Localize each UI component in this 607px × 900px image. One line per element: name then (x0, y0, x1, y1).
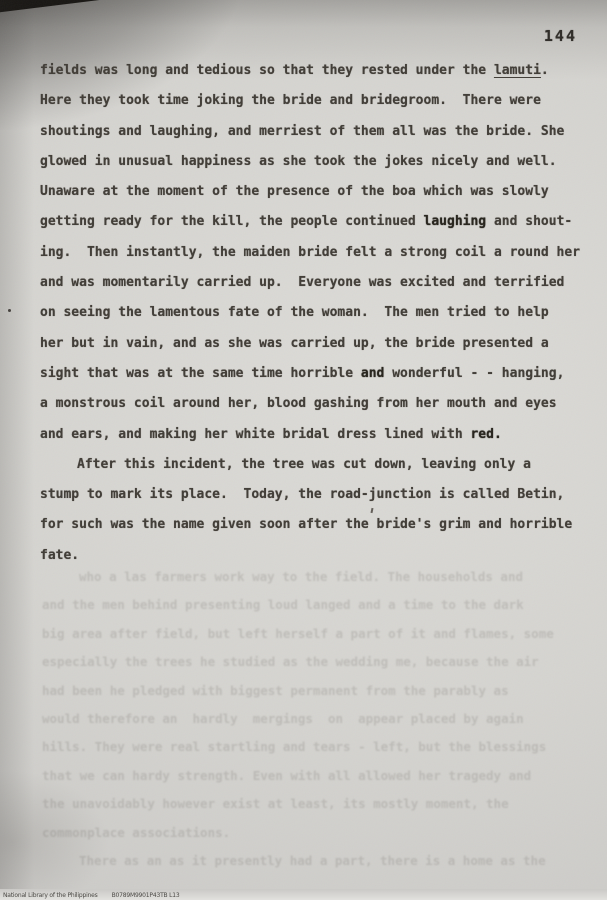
ghost-text-line: hills. They were real startling and tear… (42, 733, 592, 761)
text-line: After this incident, the tree was cut do… (40, 450, 596, 480)
ghost-text-line: commonplace associations. (42, 819, 592, 847)
text-line: Unaware at the moment of the presence of… (40, 177, 596, 207)
scanner-footer-strip: National Library of the Philippines B078… (0, 889, 607, 900)
ghost-text-line: big area after field, but left herself a… (42, 620, 592, 648)
text-line: fate. (40, 541, 596, 571)
text-line: and was momentarily carried up. Everyone… (40, 268, 596, 298)
ghost-text-line: especially the trees he studied as the w… (42, 648, 592, 676)
text-line: getting ready for the kill, the people c… (40, 207, 596, 237)
text-line: her but in vain, and as she was carried … (40, 329, 596, 359)
page-left-shadow (0, 0, 34, 900)
ghost-text-line: and the men behind presenting loud lange… (42, 591, 592, 619)
text-line: fields was long and tedious so that they… (40, 56, 596, 86)
ghost-text-line: had been he pledged with biggest permane… (42, 677, 592, 705)
text-line: glowed in unusual happiness as she took … (40, 147, 596, 177)
ink-dot-artifact (8, 309, 11, 312)
ghost-text-line: the unavoidably however exist at least, … (42, 790, 592, 818)
text-line: sight that was at the same time horrible… (40, 359, 596, 389)
page-bottom-smudge (0, 770, 110, 890)
scanned-document-page: 144 fields was long and tedious so that … (0, 0, 607, 900)
text-line: on seeing the lamentous fate of the woma… (40, 298, 596, 328)
page-number: 144 (544, 27, 577, 45)
text-line: for such was the name given soon after t… (40, 510, 596, 540)
ghost-text: who a las farmers work way to the field.… (42, 563, 592, 875)
ghost-text-line: would therefore an hardly mergings on ap… (42, 705, 592, 733)
text-line: a monstrous coil around her, blood gashi… (40, 389, 596, 419)
ghost-text-line: There as an as it presently had a part, … (42, 847, 592, 875)
scan-edge-sliver (0, 0, 103, 14)
text-line: stump to mark its place. Today, the road… (40, 480, 596, 510)
scan-code: B0789M9901P43TB L13 (112, 892, 180, 899)
typewritten-text: fields was long and tedious so that they… (40, 56, 596, 571)
text-line: and ears, and making her white bridal dr… (40, 420, 596, 450)
text-line: ing. Then instantly, the maiden bride fe… (40, 238, 596, 268)
library-attribution: National Library of the Philippines (3, 892, 98, 899)
text-line: shoutings and laughing, and merriest of … (40, 117, 596, 147)
text-line: Here they took time joking the bride and… (40, 86, 596, 116)
ghost-text-line: that we can hardy strength. Even with al… (42, 762, 592, 790)
